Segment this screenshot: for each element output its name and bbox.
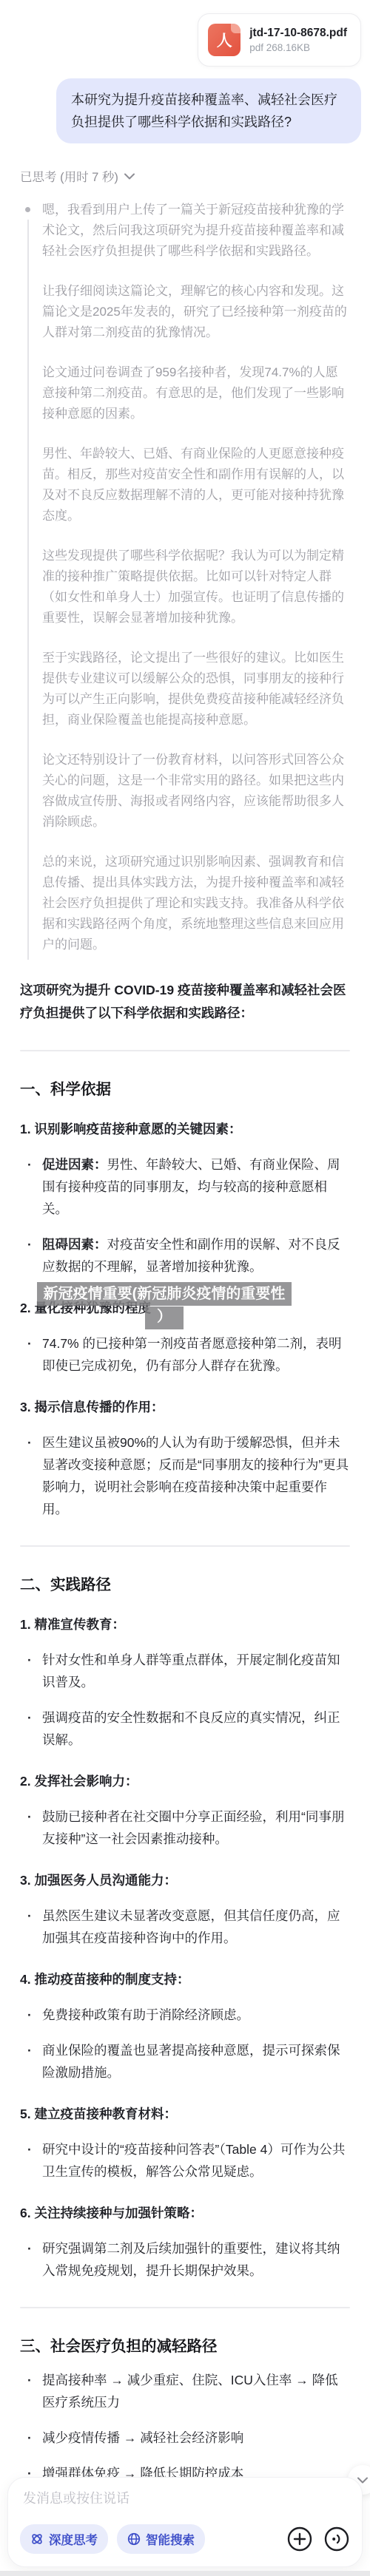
bullet-lead: 促进因素： [42, 1157, 107, 1172]
caption-overlay-text: ） [145, 1306, 184, 1329]
thinking-gutter [20, 200, 42, 960]
answer-item-label: 6. 关注持续接种与加强针策略： [20, 2202, 350, 2224]
caption-overlay-row: ） [21, 1306, 307, 1329]
answer-item-label: 1. 精准宣传教育： [20, 1613, 350, 1636]
answer-item-label: 2. 量化接种犹豫的程度新冠疫情重要(新冠肺炎疫情的重要性） [20, 1297, 350, 1319]
answer-item-label: 2. 发挥社会影响力： [20, 1770, 350, 1792]
bottom-edge-strip [0, 2571, 370, 2576]
answer-bullet: ·虽然医生建议未显著改变意愿，但其信任度仍高，应加强其在疫苗接种咨询中的作用。 [20, 1905, 350, 1949]
thinking-paragraph: 这些发现提供了哪些科学依据呢？我认为可以为制定精准的接种推广策略提供依据。比如可… [42, 546, 350, 628]
caption-overlay-text: 新冠疫情重要(新冠肺炎疫情的重要性 [37, 1282, 292, 1306]
answer-bullet: ·强调疫苗的安全性数据和不良反应的真实情况，纠正误解。 [20, 1706, 350, 1751]
thinking-paragraph: 论文通过问卷调查了959名接种者，发现74.7%的人愿意接种第二剂疫苗。有意思的… [42, 362, 350, 424]
thinking-bullet-dot [25, 207, 30, 212]
answer-bullet: ·减少疫情传播 → 减轻社会经济影响 [20, 2427, 350, 2449]
thinking-text: 嗯，我看到用户上传了一篇关于新冠疫苗接种犹豫的学术论文，然后问我这项研究为提升疫… [42, 200, 350, 960]
thinking-toggle[interactable]: 已思考 (用时 7 秒) [20, 167, 135, 185]
answer-bullet: ·提高接种率 → 减少重症、住院、ICU入住率 → 降低医疗系统压力 [20, 2369, 350, 2413]
section-divider [20, 1545, 350, 1547]
bullet-dot-icon: · [27, 2237, 32, 2260]
bullet-dot-icon: · [27, 1233, 32, 1255]
deep-think-button[interactable]: 深度思考 [20, 2524, 108, 2554]
bullet-dot-icon: · [27, 1806, 32, 1828]
pdf-file-icon: 人 [208, 24, 240, 56]
globe-icon [127, 2532, 141, 2546]
bullet-dot-icon: · [27, 2369, 32, 2391]
bullet-dot-icon: · [27, 2039, 32, 2061]
thinking-paragraph: 论文还特别设计了一份教育材料，以问答形式回答公众关心的问题，这是一个非常实用的路… [42, 750, 350, 833]
thinking-paragraph: 嗯，我看到用户上传了一篇关于新冠疫苗接种犹豫的学术论文，然后问我这项研究为提升疫… [42, 200, 350, 262]
thinking-quote-line [27, 220, 29, 960]
section-title: 三、社会医疗负担的减轻路径 [20, 2333, 350, 2356]
section-title: 一、科学依据 [20, 1077, 350, 1099]
answer-bullet: ·74.7% 的已接种第一剂疫苗者愿意接种第二剂，表明即使已完成初免，仍有部分人… [20, 1332, 350, 1377]
bullet-dot-icon: · [27, 1649, 32, 1671]
answer-body: 一、科学依据1. 识别影响疫苗接种意愿的关键因素：·促进因素：男性、年龄较大、已… [20, 1050, 350, 2484]
composer-toolbar: 深度思考 智能搜索 [20, 2524, 350, 2554]
file-size: pdf 268.16KB [249, 42, 347, 53]
chevron-down-icon [124, 173, 135, 180]
thinking-header-label: 已思考 (用时 7 秒) [20, 167, 118, 185]
section-divider [20, 2307, 350, 2308]
pdf-icon-fold [231, 24, 240, 33]
answer-bullet: ·阻碍因素：对疫苗安全性和副作用的误解、对不良反应数据的不理解，显著增加接种犹豫… [20, 1233, 350, 1278]
bullet-dot-icon: · [27, 2427, 32, 2449]
answer-bullet: ·针对女性和单身人群等重点群体，开展定制化疫苗知识普及。 [20, 1649, 350, 1693]
answer-bullet: ·鼓励已接种者在社交圈中分享正面经验，利用“同事朋友接种”这一社会因素推动接种。 [20, 1806, 350, 1850]
answer-bullet: ·促进因素：男性、年龄较大、已婚、有商业保险、周围有接种疫苗的同事朋友，均与较高… [20, 1153, 350, 1220]
caption-overlay: 新冠疫情重要(新冠肺炎疫情的重要性） [21, 1282, 307, 1329]
pdf-icon-glyph: 人 [217, 33, 232, 49]
bullet-dot-icon: · [27, 1332, 32, 1355]
answer-item-label: 5. 建立疫苗接种教育材料： [20, 2103, 350, 2125]
section-divider [20, 1050, 350, 1051]
thinking-paragraph: 让我仔细阅读这篇论文，理解它的核心内容和发现。这篇论文是2025年发表的，研究了… [42, 281, 350, 343]
composer-zone: 深度思考 智能搜索 [0, 2467, 370, 2576]
deep-think-label: 深度思考 [49, 2530, 98, 2548]
file-name: jtd-17-10-8678.pdf [249, 27, 347, 40]
answer-item-label: 3. 加强医务人员沟通能力： [20, 1869, 350, 1891]
attachment-row: 人 jtd-17-10-8678.pdf pdf 268.16KB [0, 0, 370, 67]
pdf-attachment-card[interactable]: 人 jtd-17-10-8678.pdf pdf 268.16KB [198, 13, 361, 67]
section-title: 二、实践路径 [20, 1572, 350, 1594]
answer-bullet: ·医生建议虽被90%的人认为有助于缓解恐惧，但并未显著改变接种意愿；反而是“同事… [20, 1431, 350, 1520]
bullet-dot-icon: · [27, 2138, 32, 2160]
answer-bullet: ·免费接种政策有助于消除经济顾虑。 [20, 2004, 350, 2026]
thinking-paragraph: 至于实践路径，论文提出了一些很好的建议。比如医生提供专业建议可以缓解公众的恐惧，… [42, 648, 350, 731]
answer-item-label: 4. 推动疫苗接种的制度支持： [20, 1968, 350, 1990]
user-message-row: 本研究为提升疫苗接种覆盖率、减轻社会医疗负担提供了哪些科学依据和实践路径? [0, 67, 370, 143]
answer-item-label: 3. 揭示信息传播的作用： [20, 1396, 350, 1418]
answer-item-label: 1. 识别影响疫苗接种意愿的关键因素： [20, 1118, 350, 1140]
bullet-lead: 阻碍因素： [42, 1237, 107, 1252]
bullet-dot-icon: · [27, 2004, 32, 2026]
smart-search-button[interactable]: 智能搜索 [117, 2524, 205, 2554]
smart-search-label: 智能搜索 [146, 2530, 195, 2548]
voice-input-button[interactable] [323, 2526, 350, 2552]
message-input[interactable] [20, 2489, 356, 2508]
answer-bullet: ·研究强调第二剂及后续加强针的重要性，建议将其纳入常规免疫规划，提升长期保护效果… [20, 2237, 350, 2282]
message-composer: 深度思考 智能搜索 [7, 2477, 363, 2567]
chat-page: 人 jtd-17-10-8678.pdf pdf 268.16KB 本研究为提升… [0, 0, 370, 2558]
bullet-dot-icon: · [27, 1706, 32, 1729]
thinking-paragraph: 总的来说，这项研究通过识别影响因素、强调教育和信息传播、提出具体实践方法，为提升… [42, 852, 350, 955]
answer-bullet: ·研究中设计的“疫苗接种问答表”（Table 4）可作为公共卫生宣传的模板，解答… [20, 2138, 350, 2183]
thinking-block: 嗯，我看到用户上传了一篇关于新冠疫苗接种犹豫的学术论文，然后问我这项研究为提升疫… [20, 200, 350, 960]
atom-icon [30, 2532, 44, 2546]
bullet-dot-icon: · [27, 1431, 32, 1454]
add-attachment-button[interactable] [286, 2526, 313, 2552]
bullet-dot-icon: · [27, 1153, 32, 1176]
user-message-bubble: 本研究为提升疫苗接种覆盖率、减轻社会医疗负担提供了哪些科学依据和实践路径? [56, 78, 361, 143]
plus-circle-icon [287, 2526, 312, 2552]
file-meta: jtd-17-10-8678.pdf pdf 268.16KB [249, 27, 347, 53]
voice-wave-icon [324, 2526, 349, 2552]
bullet-dot-icon: · [27, 1905, 32, 1927]
chevron-down-icon [357, 2477, 368, 2484]
answer-bullet: ·商业保险的覆盖也显著提高接种意愿，提示可探索保险激励措施。 [20, 2039, 350, 2084]
thinking-paragraph: 男性、年龄较大、已婚、有商业保险的人更愿意接种疫苗。相反，那些对疫苗安全性和副作… [42, 444, 350, 526]
caption-overlay-row: 新冠疫情重要(新冠肺炎疫情的重要性 [21, 1282, 307, 1306]
answer-intro: 这项研究为提升 COVID-19 疫苗接种覆盖率和减轻社会医疗负担提供了以下科学… [20, 979, 350, 1025]
